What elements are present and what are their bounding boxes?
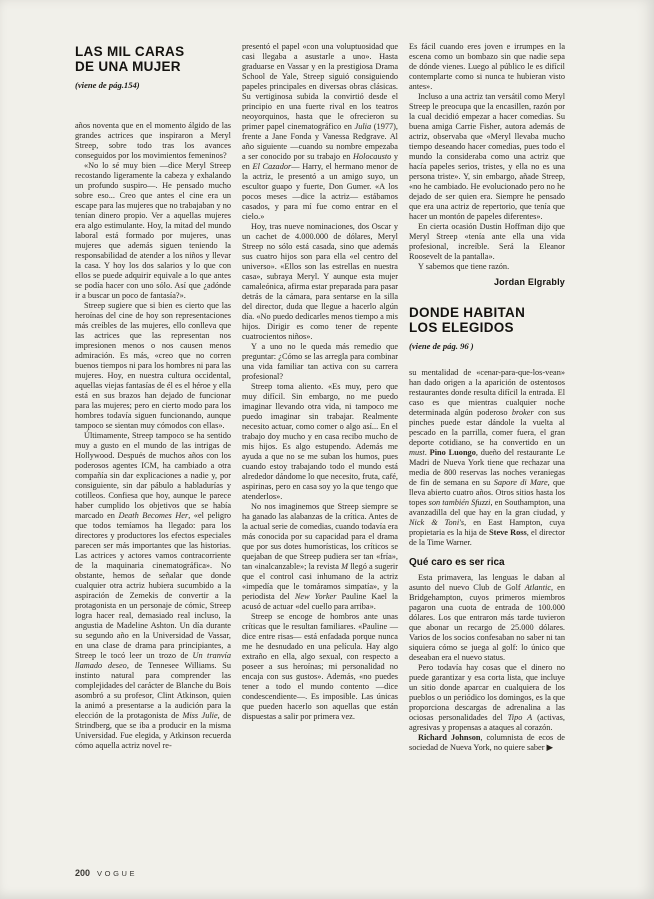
paragraph: Hoy, tras nueve nominaciones, dos Oscar … xyxy=(242,222,398,342)
article1-headline: LAS MIL CARAS DE UNA MUJER xyxy=(75,44,231,74)
paragraph: Pero todavía hay cosas que el dinero no … xyxy=(409,663,565,733)
paragraph: Streep toma aliento. «Es muy, pero que m… xyxy=(242,382,398,502)
paragraph: No nos imaginemos que Streep siempre se … xyxy=(242,502,398,612)
column-1: LAS MIL CARAS DE UNA MUJER (viene de pág… xyxy=(75,42,231,753)
column-3: Es fácil cuando eres joven e irrumpes en… xyxy=(409,42,565,753)
page-footer: 200 VOGUE xyxy=(75,868,137,878)
article2-headline-line2: LOS ELEGIDOS xyxy=(409,320,565,335)
article2-subhead: Qué caro es ser rica xyxy=(409,557,565,569)
article1-byline: Jordan Elgrably xyxy=(409,277,565,288)
paragraph: Y sabemos que tiene razón. xyxy=(409,262,565,272)
paragraph: años noventa que en el momento álgido de… xyxy=(75,121,231,161)
paragraph: Richard Johnson, columnista de ecos de s… xyxy=(409,733,565,753)
paragraph: Incluso a una actriz tan versátil como M… xyxy=(409,92,565,222)
article1-col3-text: Es fácil cuando eres joven e irrumpes en… xyxy=(409,42,565,272)
article2-body-text: Esta primavera, las lenguas le daban al … xyxy=(409,573,565,753)
text-columns: LAS MIL CARAS DE UNA MUJER (viene de pág… xyxy=(0,0,654,753)
paragraph: Es fácil cuando eres joven e irrumpes en… xyxy=(409,42,565,92)
magazine-page: LAS MIL CARAS DE UNA MUJER (viene de pág… xyxy=(0,0,654,899)
paragraph: «No lo sé muy bien —dice Meryl Streep re… xyxy=(75,161,231,301)
article1-headline-line1: LAS MIL CARAS xyxy=(75,44,231,59)
paragraph: Streep sugiere que si bien es cierto que… xyxy=(75,301,231,431)
article2-headline: DONDE HABITAN LOS ELEGIDOS xyxy=(409,305,565,335)
article1-col2-text: presentó el papel «con una voluptuosidad… xyxy=(242,42,398,722)
paragraph: Últimamente, Streep tampoco se ha sentid… xyxy=(75,431,231,751)
article1-col1-text: años noventa que en el momento álgido de… xyxy=(75,121,231,751)
column-2: presentó el papel «con una voluptuosidad… xyxy=(242,42,398,753)
article2-intro-text: su mentalidad de «cenar-para-que-los-vea… xyxy=(409,368,565,548)
article2-headline-line1: DONDE HABITAN xyxy=(409,305,565,320)
paragraph: Streep se encoge de hombros ante unas cr… xyxy=(242,612,398,722)
article2-continued-note: (viene de pág. 96 ) xyxy=(409,341,565,351)
paragraph: En cierta ocasión Dustin Hoffman dijo qu… xyxy=(409,222,565,262)
magazine-name: VOGUE xyxy=(97,869,137,878)
paragraph: Y a uno no le queda más remedio que preg… xyxy=(242,342,398,382)
article1-continued-note: (viene de pág.154) xyxy=(75,80,231,90)
article1-headline-line2: DE UNA MUJER xyxy=(75,59,231,74)
page-number: 200 xyxy=(75,868,90,878)
paragraph: presentó el papel «con una voluptuosidad… xyxy=(242,42,398,222)
paragraph: Esta primavera, las lenguas le daban al … xyxy=(409,573,565,663)
paragraph: su mentalidad de «cenar-para-que-los-vea… xyxy=(409,368,565,548)
